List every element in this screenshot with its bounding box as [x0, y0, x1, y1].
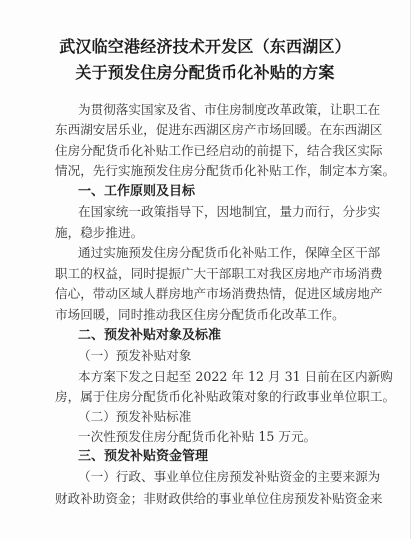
- paragraph-line: 本方案下发之日起至 2022 年 12 月 31 日前在区内新购: [78, 367, 347, 387]
- paragraph-line: 东西湖安居乐业，促进东西湖区房产市场回暖。在东西湖区: [55, 120, 347, 140]
- section-heading-2: 二、预发补贴对象及标准: [78, 326, 347, 346]
- paragraph-line: 信心，带动区域人群房地产市场消费热情，促进区域房地产: [55, 284, 347, 304]
- paragraph-line: 市场回暖，同时推动我区住房分配货币化改革工作。: [55, 305, 347, 325]
- paragraph-line: 为贯彻落实国家及省、市住房制度改革政策，让职工在: [78, 100, 347, 120]
- paragraph-line: 通过实施预发住房分配货币化补贴工作，保障全区干部: [78, 243, 347, 263]
- document-title-line-1: 武汉临空港经济技术开发区（东西湖区）: [0, 34, 410, 57]
- paragraph-line: 一次性预发住房分配货币化补贴 15 万元。: [78, 427, 347, 447]
- paragraph-line: 职工的权益，同时提振广大干部职工对我区房地产市场消费: [55, 264, 347, 284]
- paragraph-line: 财政补助资金；非财政供给的事业单位住房预发补贴资金来: [55, 489, 347, 509]
- paragraph-line: 情况，先行实施预发住房分配货币化补贴工作，制定本方案。: [55, 161, 347, 181]
- paragraph-line: 施，稳步推进。: [55, 223, 347, 243]
- subsection-heading: （一）预发补贴对象: [78, 346, 347, 366]
- paragraph-line: 在国家统一政策指导下，因地制宜，量力而行，分步实: [78, 202, 347, 222]
- subsection-heading: （二）预发补贴标准: [78, 407, 347, 427]
- paragraph-line: 房，属于住房分配货币化补贴政策对象的行政事业单位职工。: [55, 387, 347, 407]
- document-page: 武汉临空港经济技术开发区（东西湖区） 关于预发住房分配货币化补贴的方案 为贯彻落…: [0, 0, 411, 539]
- section-heading-3: 三、预发补贴资金管理: [78, 447, 347, 467]
- section-heading-1: 一、工作原则及目标: [78, 182, 347, 202]
- paragraph-line: 住房分配货币化补贴工作已经启动的前提下，结合我区实际: [55, 141, 347, 161]
- document-title-line-2: 关于预发住房分配货币化补贴的方案: [0, 60, 410, 83]
- paragraph-line: （一）行政、事业单位住房预发补贴资金的主要来源为: [78, 467, 347, 487]
